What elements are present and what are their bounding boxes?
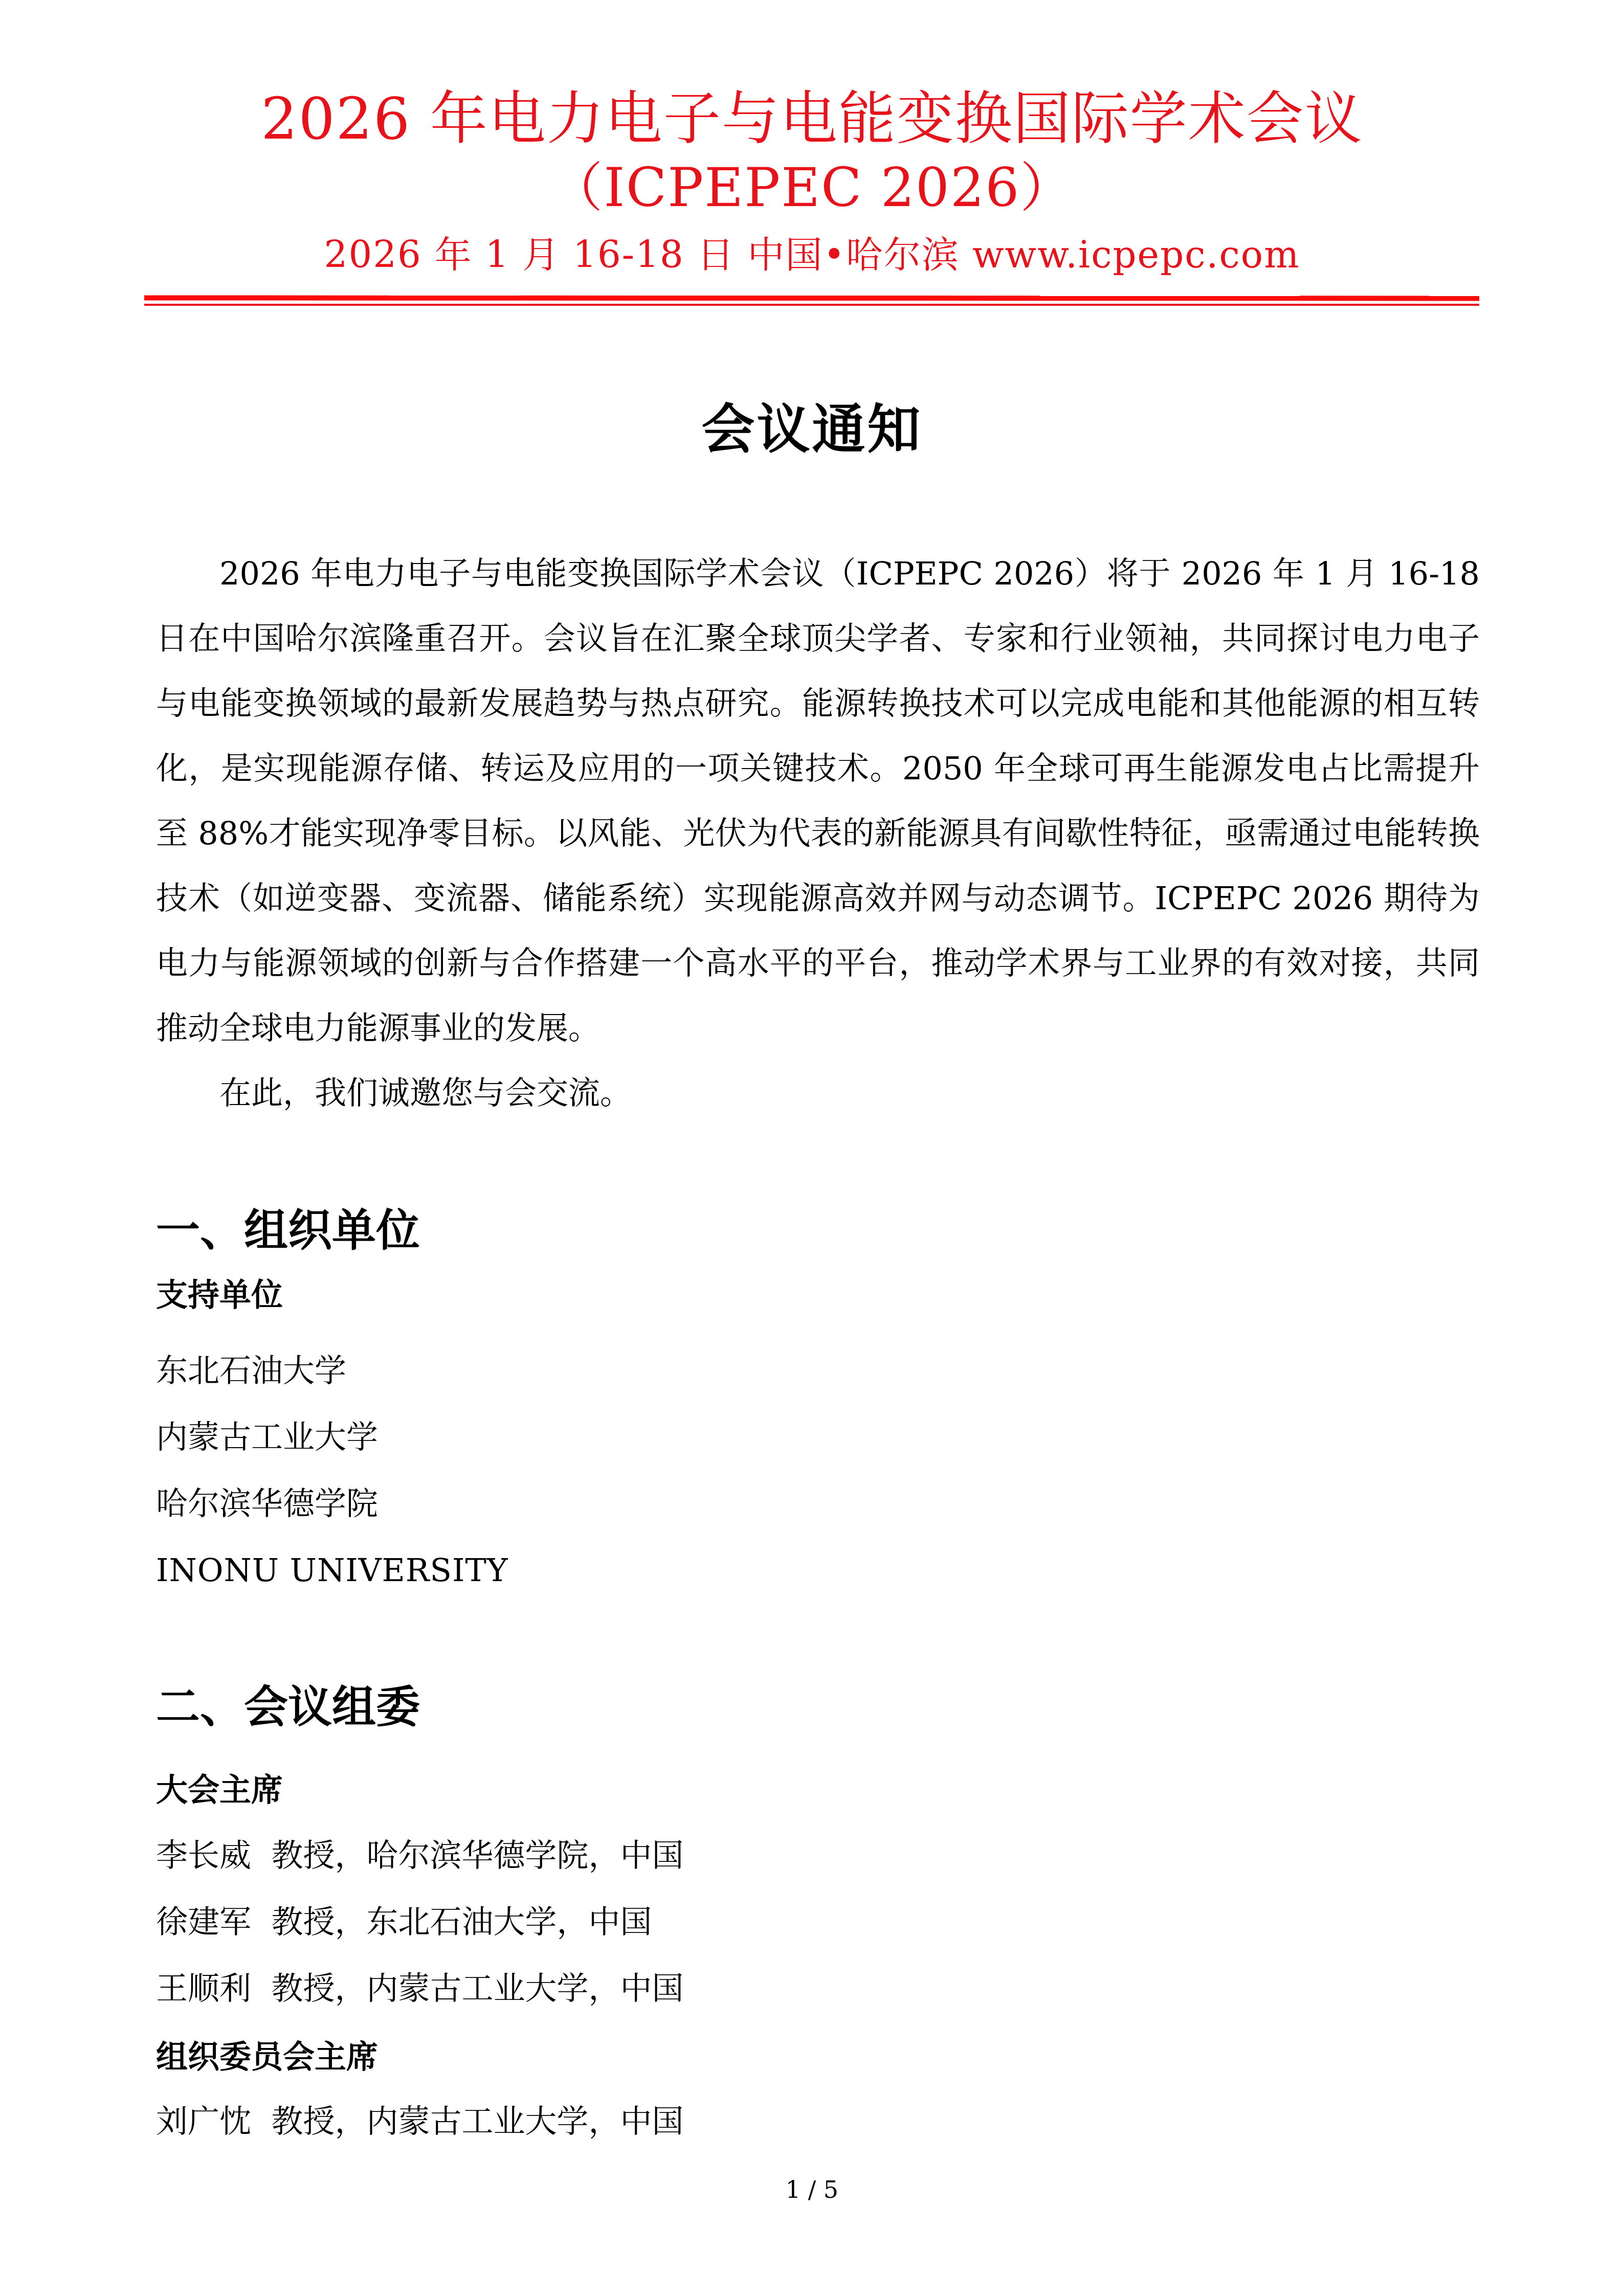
intro-paragraph: 2026 年电力电子与电能变换国际学术会议（ICPEPC 2026）将于 202… (156, 541, 1480, 1061)
section-heading-organizers: 一、组织单位 (156, 1203, 420, 1259)
invitation-paragraph: 在此，我们诚邀您与会交流。 (156, 1061, 1480, 1126)
list-item: 徐建军 教授，东北石油大学，中国 (156, 1899, 652, 1945)
document-page: 2026 年电力电子与电能变换国际学术会议 （ICPEPEC 2026） 202… (0, 0, 1624, 2296)
header-divider-thin (144, 304, 1479, 306)
list-item: 内蒙古工业大学 (156, 1414, 378, 1460)
list-item: 东北石油大学 (156, 1348, 346, 1394)
list-item: 哈尔滨华德学院 (156, 1481, 378, 1527)
list-item: 刘广忱 教授，内蒙古工业大学，中国 (156, 2099, 683, 2145)
section-heading-committee: 二、会议组委 (156, 1679, 420, 1736)
conference-acronym: （ICPEPEC 2026） (0, 154, 1624, 221)
list-item: 王顺利 教授，内蒙古工业大学，中国 (156, 1966, 683, 2012)
group-label-general-chairs: 大会主席 (156, 1767, 283, 1813)
group-label-supporting-units: 支持单位 (156, 1272, 283, 1318)
notice-title: 会议通知 (0, 396, 1624, 463)
notice-body: 2026 年电力电子与电能变换国际学术会议（ICPEPC 2026）将于 202… (156, 541, 1480, 1126)
conference-title: 2026 年电力电子与电能变换国际学术会议 (0, 86, 1624, 152)
conference-date-location-url: 2026 年 1 月 16-18 日 中国•哈尔滨 www.icpepc.com (0, 229, 1624, 280)
group-label-organizing-chair: 组织委员会主席 (156, 2034, 378, 2080)
page-number: 1 / 5 (0, 2174, 1624, 2205)
list-item: INONU UNIVERSITY (156, 1547, 508, 1593)
header-divider-thick (144, 296, 1479, 301)
list-item: 李长威 教授，哈尔滨华德学院，中国 (156, 1833, 683, 1879)
